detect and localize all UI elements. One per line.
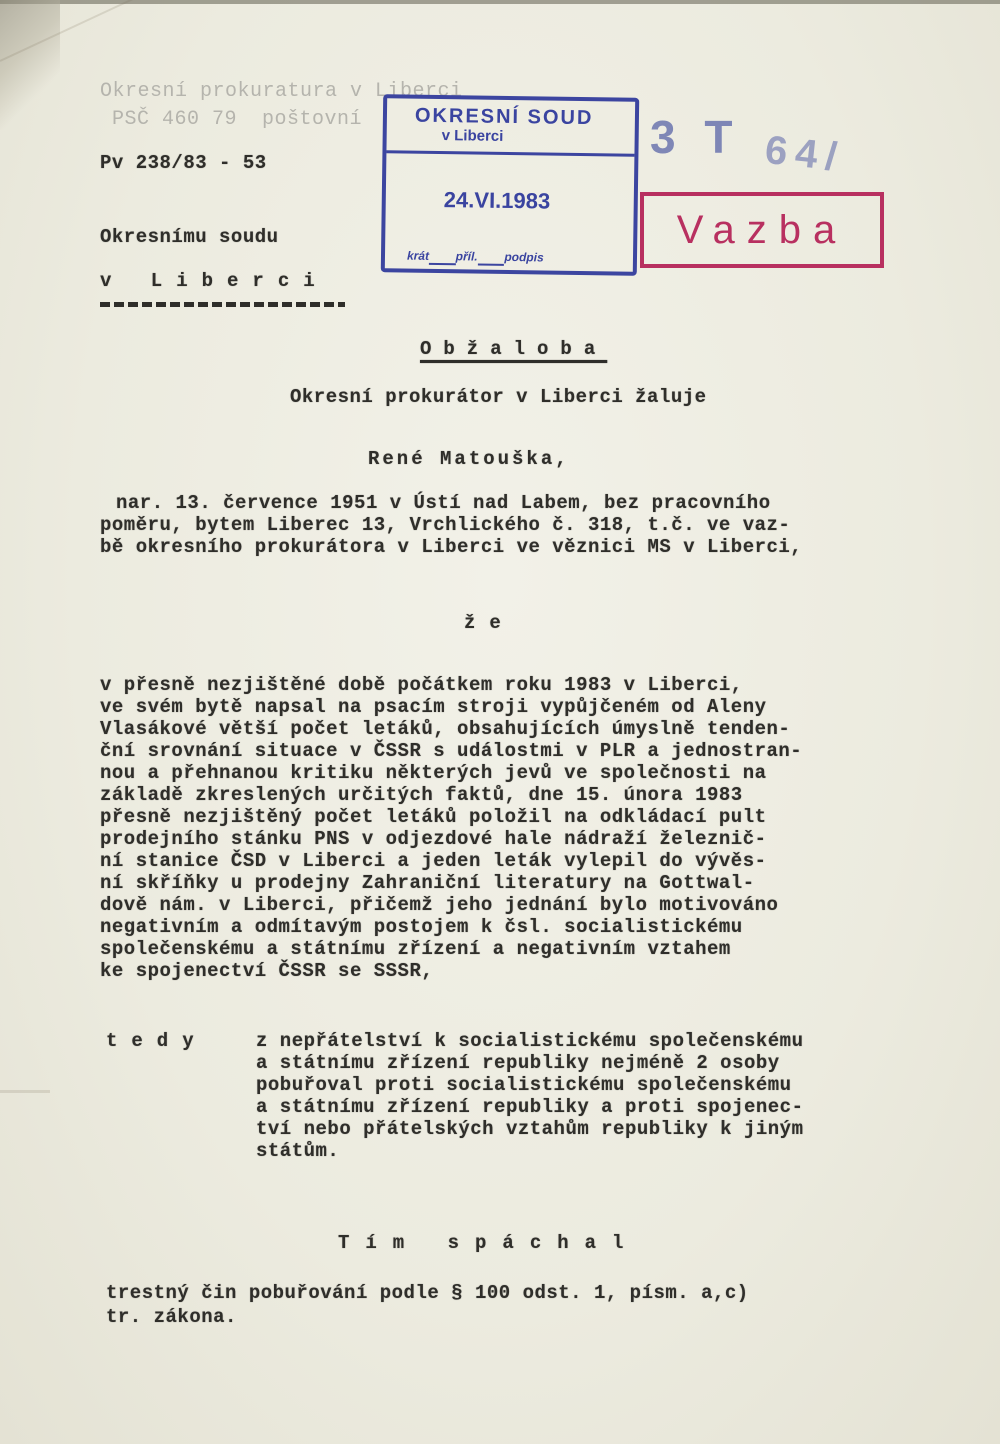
addressee-line2: v Liberci: [100, 270, 329, 292]
stamp-footer: krát příl. podpis: [407, 249, 544, 265]
detail-line: nar. 13. července 1951 v Ústí nad Labem,…: [116, 492, 771, 514]
letterhead-line2: PSČ 460 79 poštovní: [112, 108, 362, 131]
stamp-date: 24.VI.1983: [444, 187, 551, 214]
fact-line: v přesně nezjištěné době počátkem roku 1…: [100, 674, 743, 696]
reference-number: Pv 238/83 - 53: [100, 152, 267, 174]
torn-corner: [0, 0, 60, 130]
fact-line: nou a přehnanou kritiku některých jevů v…: [100, 762, 767, 784]
court-received-stamp: OKRESNÍ SOUD v Liberci 24.VI.1983 krát p…: [381, 94, 639, 276]
tedy-line: státům.: [256, 1140, 339, 1162]
file-number-stamp-right: 64/: [763, 128, 847, 181]
defendant-name: René Matouška,: [368, 448, 570, 470]
fact-line: Vlasákové větší počet letáků, obsahující…: [100, 718, 790, 740]
stamp-divider: [386, 150, 634, 156]
tedy-line: pobuřoval proti socialistickému společen…: [256, 1074, 792, 1096]
crease: [0, 1090, 50, 1093]
stamp-footer-krat: krát: [407, 249, 429, 263]
document-page: Okresní prokuratura v Liberci PSČ 460 79…: [0, 0, 1000, 1444]
tedy-label: tedy: [106, 1030, 208, 1052]
custody-stamp-label: Vazba: [677, 208, 847, 253]
document-subtitle: Okresní prokurátor v Liberci žaluje: [290, 386, 707, 408]
page-edge: [0, 0, 1000, 4]
tim-spachal-heading: Tím spáchal: [338, 1232, 639, 1254]
addressee-line1: Okresnímu soudu: [100, 226, 279, 248]
conjunction-ze: že: [464, 612, 515, 634]
fact-line: přesně nezjištěný počet letáků položil n…: [100, 806, 767, 828]
fact-line: ke spojenectví ČSSR se SSSR,: [100, 960, 433, 982]
offense-line: trestný čin pobuřování podle § 100 odst.…: [106, 1282, 749, 1304]
detail-line: bě okresního prokurátora v Liberci ve vě…: [100, 536, 802, 558]
document-title: Obžaloba: [420, 338, 607, 360]
fact-line: negativním a odmítavým postojem k čsl. s…: [100, 916, 743, 938]
addressee-underline: [100, 302, 345, 307]
custody-stamp: Vazba: [640, 192, 884, 268]
tedy-line: tví nebo přátelských vztahům republiky k…: [256, 1118, 804, 1140]
tedy-line: a státnímu zřízení republiky a proti spo…: [256, 1096, 804, 1118]
stamp-footer-podpis: podpis: [504, 250, 544, 265]
fact-line: ční srovnání situace v ČSSR s událostmi …: [100, 740, 802, 762]
fact-line: dově nám. v Liberci, přičemž jeho jednán…: [100, 894, 778, 916]
offense-line: tr. zákona.: [106, 1306, 237, 1328]
fact-line: ve svém bytě napsal na psacím stroji vyp…: [100, 696, 767, 718]
fact-line: společenskému a státnímu zřízení a negat…: [100, 938, 731, 960]
detail-line: poměru, bytem Liberec 13, Vrchlického č.…: [100, 514, 790, 536]
stamp-court-city: v Liberci: [442, 127, 504, 145]
fact-line: ní stanice ČSD v Liberci a jeden leták v…: [100, 850, 767, 872]
tedy-line: z nepřátelství k socialistickému společe…: [256, 1030, 804, 1052]
file-number-stamp-left: 3 T: [650, 110, 740, 164]
fact-line: ní skříňky u prodejny Zahraniční literat…: [100, 872, 755, 894]
fact-line: prodejního stánku PNS v odjezdové hale n…: [100, 828, 767, 850]
fact-line: základě zkreslených určitých faktů, dne …: [100, 784, 743, 806]
tedy-line: a státnímu zřízení republiky nejméně 2 o…: [256, 1052, 780, 1074]
stamp-footer-pril: příl.: [456, 249, 478, 263]
